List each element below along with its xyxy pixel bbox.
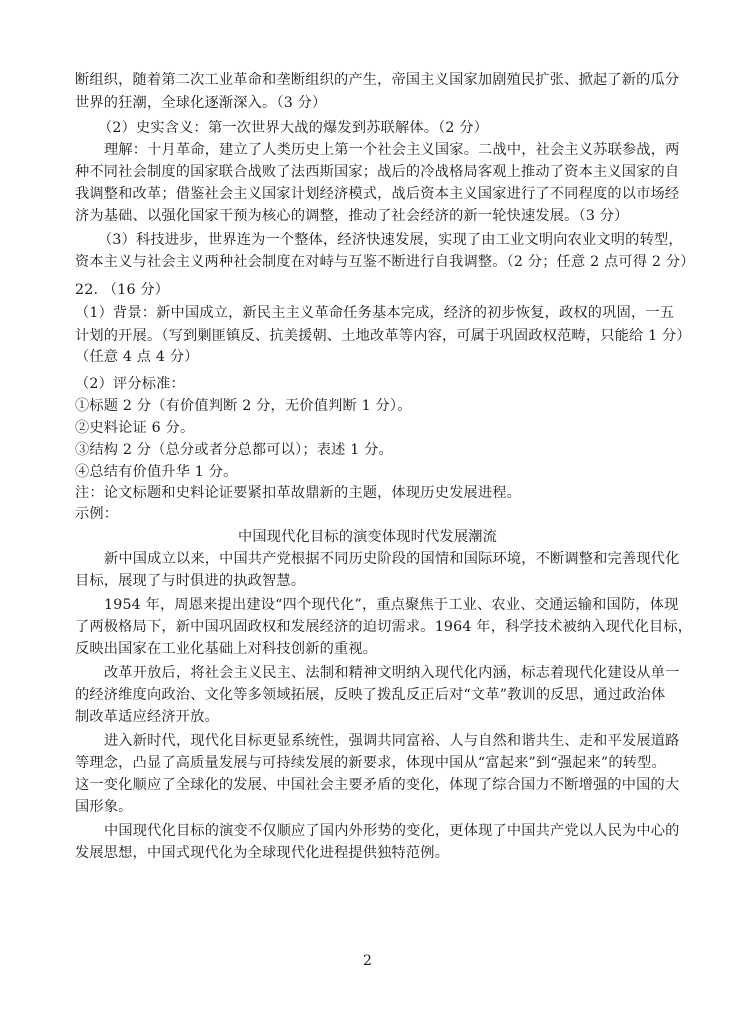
- example-p4-line-1: 进入新时代，现代化目标更显系统性，强调共同富裕、人与自然和谐共生、走和平发展道路: [104, 730, 675, 752]
- example-p1-line-1: 新中国成立以来，中国共产党根据不同历史阶段的国情和国际环境，不断调整和完善现代化: [104, 548, 675, 570]
- q21-part3-line-2: 资本主义与社会主义两种社会制度在对峙与互鉴不断进行自我调整。（2 分；任意 2 …: [75, 251, 675, 273]
- note: 注：论文标题和史料论证要紧扣革故鼎新的主题，体现历史发展进程。: [75, 482, 675, 504]
- q21-part2-line-1: 理解：十月革命，建立了人类历史上第一个社会主义国家。二战中，社会主义苏联参战，两: [104, 139, 675, 161]
- example-p5-line-2: 发展思想，中国式现代化为全球现代化进程提供独特范例。: [75, 842, 675, 864]
- example-p1-line-2: 目标，展现了与时俱进的执政智慧。: [75, 570, 675, 592]
- example-p4-line-3: 这一变化顺应了全球化的发展、中国社会主要矛盾的变化，体现了综合国力不断增强的中国…: [75, 774, 675, 796]
- criterion-3: ③结构 2 分（总分或者分总都可以）；表述 1 分。: [75, 439, 675, 461]
- page-number: 2: [0, 950, 735, 972]
- example-p4-line-2: 等理念，凸显了高质量发展与可持续发展的新要求，体现中国从“富起来”到“强起来”的…: [75, 752, 675, 774]
- criterion-2: ②史料论证 6 分。: [75, 417, 675, 439]
- q22-part1-line-1: （1）背景：新中国成立，新民主主义革命任务基本完成，经济的初步恢复，政权的巩固，…: [75, 302, 675, 324]
- q21-part2-line-4: 济为基础、以强化国家干预为核心的调整，推动了社会经济的新一轮快速发展。（3 分）: [75, 205, 675, 227]
- q22-part1-line-2: 计划的开展。（写到剿匪镇反、抗美援朝、土地改革等内容，可属于巩固政权范畴，只能给…: [75, 325, 675, 347]
- example-p5-line-1: 中国现代化目标的演变不仅顺应了国内外形势的变化，更体现了中国共产党以人民为中心的: [104, 820, 675, 842]
- q21-part2-heading: （2）史实含义：第一次世界大战的爆发到苏联解体。（2 分）: [98, 117, 698, 139]
- example-p4-line-4: 国形象。: [75, 796, 675, 818]
- example-p2-line-1: 1954 年，周恩来提出建设“四个现代化”，重点聚焦于工业、农业、交通运输和国防…: [104, 594, 675, 616]
- example-p3-line-3: 制改革适应经济开放。: [75, 706, 675, 728]
- example-p3-line-2: 的经济维度向政治、文化等多领域拓展，反映了拨乱反正后对“文革”教训的反思，通过政…: [75, 684, 675, 706]
- criterion-1: ①标题 2 分（有价值判断 2 分，无价值判断 1 分）。: [75, 395, 675, 417]
- criterion-4: ④总结有价值升华 1 分。: [75, 461, 675, 483]
- example-p3-line-1: 改革开放后，将社会主义民主、法制和精神文明纳入现代化内涵，标志着现代化建设从单一: [104, 662, 675, 684]
- q21-tail-line-2: 世界的狂潮，全球化逐渐深入。（3 分）: [75, 92, 675, 114]
- document-page: 断组织，随着第二次工业革命和垄断组织的产生，帝国主义国家加剧殖民扩张、掀起了新的…: [0, 0, 735, 1024]
- q21-part2-line-2: 种不同社会制度的国家联合战败了法西斯国家；战后的冷战格局客观上推动了资本主义国家…: [75, 161, 675, 183]
- example-p2-line-3: 反映出国家在工业化基础上对科技创新的重视。: [75, 638, 675, 660]
- example-label: 示例：: [75, 503, 675, 525]
- example-p2-line-2: 了两极格局下，新中国巩固政权和发展经济的迫切需求。1964 年，科学技术被纳入现…: [75, 616, 675, 638]
- q22-part2-heading: （2）评分标准：: [75, 373, 675, 395]
- q21-part2-line-3: 我调整和改革；借鉴社会主义国家计划经济模式，战后资本主义国家进行了不同程度的以市…: [75, 183, 675, 205]
- example-title: 中国现代化目标的演变体现时代发展潮流: [0, 526, 735, 548]
- q22-part1-line-3: （任意 4 点 4 分）: [75, 346, 675, 368]
- q22-header: 22. （16 分）: [75, 279, 675, 301]
- q21-part3-line-1: （3）科技进步，世界连为一个整体，经济快速发展，实现了由工业文明向农业文明的转型…: [98, 229, 698, 251]
- q21-tail-line-1: 断组织，随着第二次工业革命和垄断组织的产生，帝国主义国家加剧殖民扩张、掀起了新的…: [75, 69, 675, 91]
